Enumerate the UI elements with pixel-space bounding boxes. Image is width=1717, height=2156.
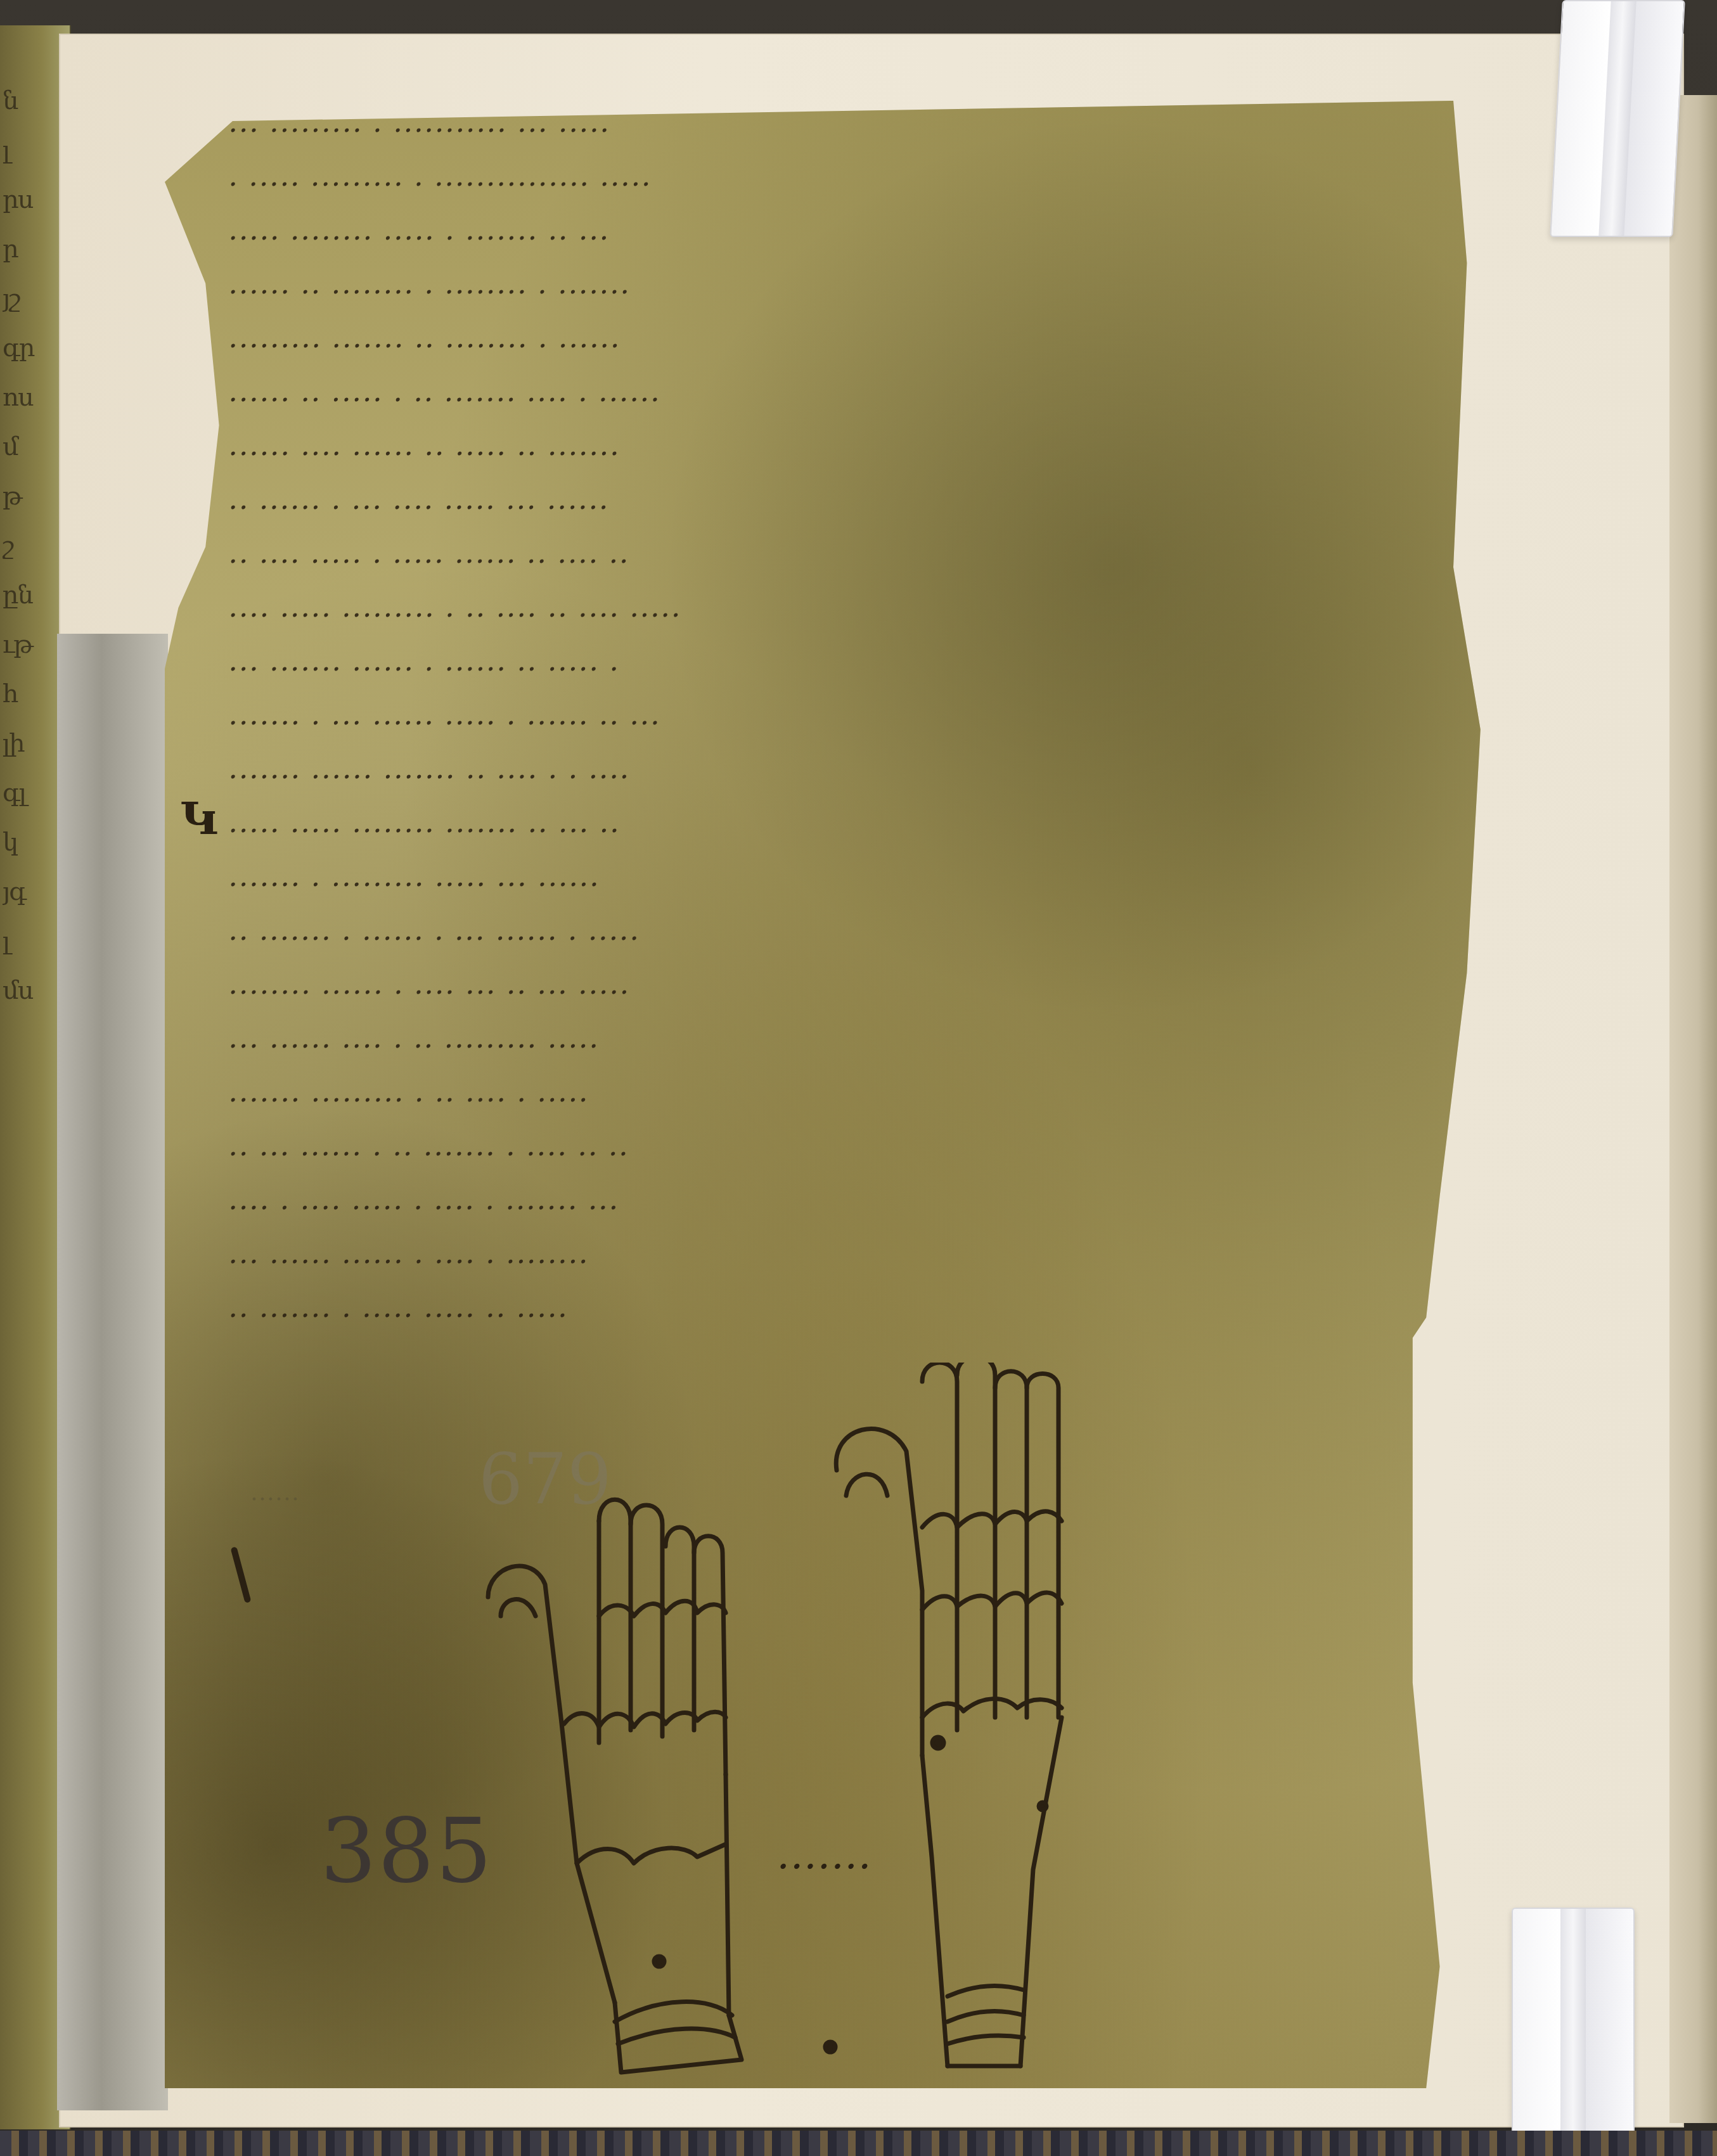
- text-line: ․․ ․․․․․․ ․ ․․․ ․․․․ ․․․․․ ․․․ ․․․․․․: [228, 472, 1420, 526]
- text-line: ․․ ․․․․․․․ ․ ․․․․․ ․․․․․ ․․ ․․․․․: [228, 1280, 1420, 1334]
- clip-groove: [1560, 1909, 1586, 2156]
- mounting-clip-top: [1550, 0, 1685, 237]
- backing-cloth-edge: [0, 2131, 1717, 2156]
- left-hand-drawing: [488, 1499, 742, 2072]
- text-line: ․․․․․․․ ․․․․․․ ․․․․․․․ ․․ ․․․․ ․ ․ ․․․․: [228, 741, 1420, 795]
- text-line: ․․․․․․․ ․․․․․․․․․ ․ ․․ ․․․․ ․ ․․․․․: [228, 1065, 1420, 1119]
- text-line: ․․․․․ ․․․․․․․․ ․․․․․ ․ ․․․․․․․ ․․ ․․․: [228, 203, 1420, 257]
- text-line: ․․․ ․․․․․․ ․․․․ ․ ․․ ․․․․․․․․․ ․․․․․: [228, 1011, 1420, 1065]
- text-line: ․․․․ ․․․․․ ․․․․․․․․․ ․ ․․ ․․․․ ․․ ․․․․ ․…: [228, 580, 1420, 634]
- manuscript-photograph: ն լ րս ր յշ գր ոս մ թ շ ըն ւթ հ լի գլ կ …: [0, 0, 1717, 2156]
- inscription-between-hands: ․․․․․․․: [776, 1832, 871, 1878]
- text-line: ․․․ ․․․․․․ ․․․․․․ ․ ․․․․ ․ ․․․․․․․․: [228, 1226, 1420, 1280]
- text-line: ․․․ ․․․․․․․ ․․․․․․ ․ ․․․․․․ ․․ ․․․․․ ․: [228, 634, 1420, 688]
- text-line: ․․․․․ ․․․․․ ․․․․․․․․ ․․․․․․․ ․․ ․․․ ․․: [228, 795, 1420, 849]
- text-line: ․ ․․․․․ ․․․․․․․․․ ․ ․․․․․․․․․․․․․․․ ․․․․…: [228, 149, 1420, 203]
- following-leaves-edge: [1669, 95, 1717, 2123]
- text-line: ․․․․․․ ․․ ․․․․․ ․ ․․ ․․․․․․․ ․․․․ ․ ․․․․…: [228, 364, 1420, 418]
- manuscript-text-block: ․․․ ․․․․․․․․․ ․ ․․․․․․․․․․․ ․․․ ․․․․․ ․ …: [228, 95, 1420, 1334]
- text-line: ․․․․․․ ․․․․ ․․․․․․ ․․ ․․․․․ ․․ ․․․․․․․: [228, 418, 1420, 472]
- facing-page-text: ն լ րս ր յշ գր ոս մ թ շ ըն ւթ հ լի գլ կ …: [3, 76, 66, 1015]
- mounting-hinge-strip: [57, 634, 168, 2110]
- text-line: ․․․․․․ ․․ ․․․․․․․․ ․ ․․․․․․․․ ․ ․․․․․․․: [228, 257, 1420, 311]
- text-line: ․․․․․․․․․ ․․․․․․․ ․․ ․․․․․․․․ ․ ․․․․․․: [228, 311, 1420, 364]
- text-line: ․․ ․․․․․․․ ․ ․․․․․․ ․ ․․․ ․․․․․․ ․ ․․․․․: [228, 903, 1420, 957]
- text-line: ․․․․․․․ ․ ․․․ ․․․․․․ ․․․․․ ․ ․․․․․․ ․․ ․…: [228, 688, 1420, 741]
- faint-marginal-note: ․․․․․․: [250, 1480, 300, 1506]
- text-line: ․․․․ ․ ․․․․ ․․․․․ ․ ․․․․ ․ ․․․․․․․ ․․․: [228, 1172, 1420, 1226]
- mounting-clip-bottom: [1512, 1908, 1635, 2156]
- text-line: ․․ ․․․․ ․․․․․ ․ ․․․․․ ․․․․․․ ․․ ․․․․ ․․: [228, 526, 1420, 580]
- hand-drawings-icon: [475, 1363, 1204, 2091]
- text-line: ․․․․․․․․ ․․․․․․ ․ ․․․․ ․․․ ․․ ․․․ ․․․․․: [228, 957, 1420, 1011]
- text-line: ․․․․․․․ ․ ․․․․․․․․․ ․․․․․ ․․․ ․․․․․․: [228, 849, 1420, 903]
- text-line: ․․․ ․․․․․․․․․ ․ ․․․․․․․․․․․ ․․․ ․․․․․: [228, 95, 1420, 149]
- right-hand-drawing: [825, 1363, 1062, 2066]
- clip-groove: [1598, 1, 1636, 236]
- quire-mark: Կ: [181, 792, 218, 845]
- folio-number: 385: [320, 1800, 493, 1903]
- text-line: ․․ ․․․ ․․․․․․ ․ ․․ ․․․․․․․ ․ ․․․․ ․․ ․․: [228, 1119, 1420, 1172]
